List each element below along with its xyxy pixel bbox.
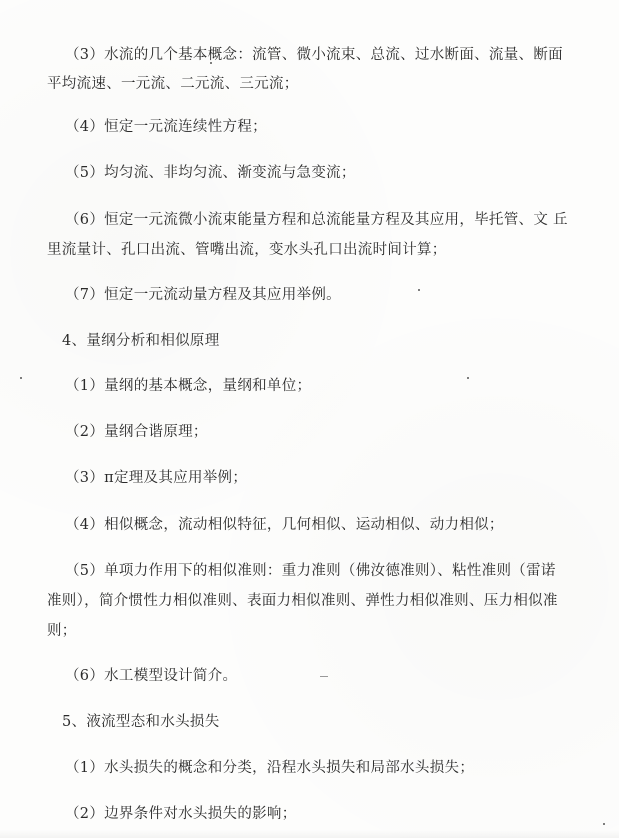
item-3-6-line-2: 里流量计、孔口出流、管嘴出流，变水头孔口出流时间计算； bbox=[47, 240, 447, 260]
section-heading-4: 4、量纲分析和相似原理 bbox=[62, 331, 220, 351]
scan-speck bbox=[210, 62, 212, 64]
scan-speck bbox=[603, 823, 605, 825]
item-3-5: （5）均匀流、非均匀流、渐变流与急变流； bbox=[65, 163, 356, 183]
page-bottom-shadow bbox=[0, 830, 619, 838]
item-4-2: （2）量纲合谐原理； bbox=[65, 422, 208, 442]
item-3-7: （7）恒定一元流动量方程及其应用举例。 bbox=[65, 285, 341, 305]
item-3-3-line-2: 平均流速、一元流、二元流、三元流； bbox=[47, 74, 299, 94]
item-4-6: （6）水工模型设计简介。 bbox=[65, 666, 237, 686]
item-3-4: （4）恒定一元流连续性方程； bbox=[65, 117, 267, 137]
scan-speck bbox=[20, 377, 22, 379]
item-4-5-line-1: （5）单项力作用下的相似准则：重力准则（佛汝德准则）、粘性准则（雷诺 bbox=[65, 561, 556, 581]
scan-speck bbox=[467, 377, 469, 379]
item-5-1: （1）水头损失的概念和分类，沿程水头损失和局部水头损失； bbox=[65, 758, 474, 778]
item-4-5-line-2: 准则），简介惯性力相似准则、表面力相似准则、弹性力相似准则、压力相似准 bbox=[47, 591, 558, 611]
item-3-6-line-1: （6）恒定一元流微小流束能量方程和总流能量方程及其应用，毕托管、文 丘 bbox=[65, 210, 568, 230]
scan-speck bbox=[418, 289, 420, 291]
item-4-3: （3）π定理及其应用举例； bbox=[65, 468, 247, 488]
item-3-3-line-1: （3）水流的几个基本概念：流管、微小流束、总流、过水断面、流量、断面 bbox=[65, 45, 563, 65]
document-page: （3）水流的几个基本概念：流管、微小流束、总流、过水断面、流量、断面 平均流速、… bbox=[0, 0, 619, 838]
item-4-4: （4）相似概念，流动相似特征，几何相似、运动相似、动力相似； bbox=[65, 515, 504, 535]
item-4-1: （1）量纲的基本概念，量纲和单位； bbox=[65, 376, 311, 396]
item-5-2: （2）边界条件对水头损失的影响； bbox=[65, 804, 297, 824]
section-heading-5: 5、液流型态和水头损失 bbox=[62, 712, 220, 732]
scan-mark bbox=[320, 676, 328, 677]
item-4-5-line-3: 则； bbox=[47, 621, 77, 641]
